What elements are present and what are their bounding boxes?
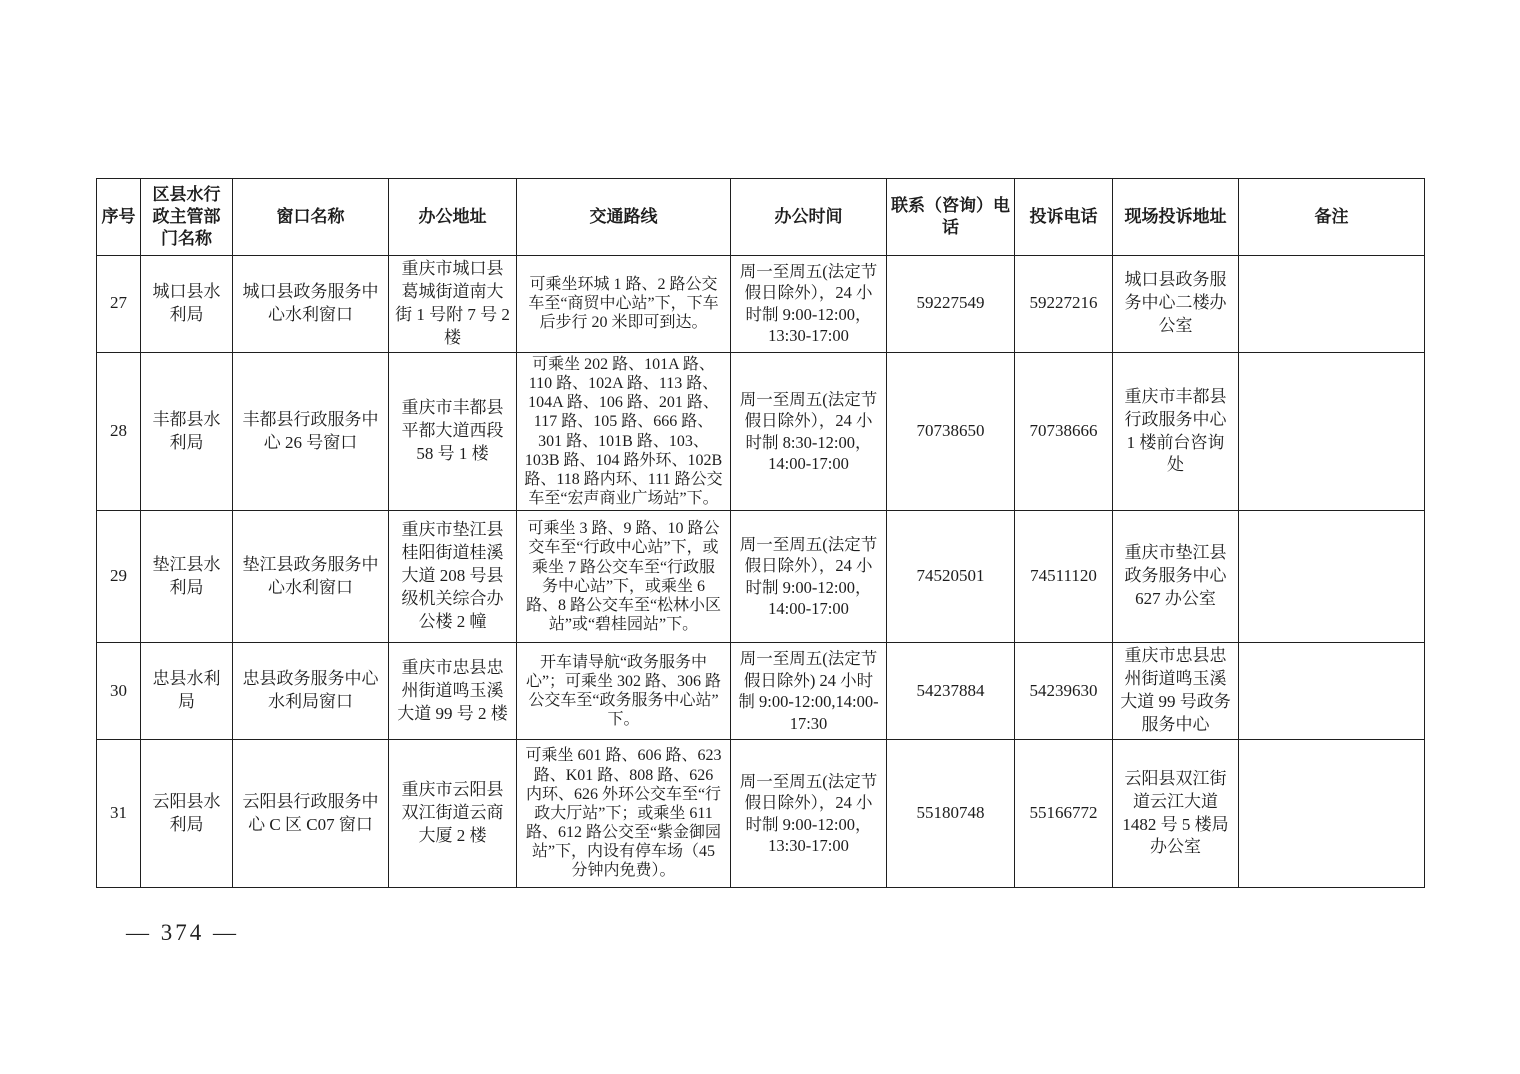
cell-phone: 70738650 [887, 352, 1015, 511]
cell-hours: 周一至周五(法定节假日除外），24 小时制 9:00-12:00，13:30-1… [731, 740, 887, 888]
cell-complaint-phone: 55166772 [1015, 740, 1113, 888]
cell-no: 27 [97, 256, 141, 353]
cell-complaint-phone: 70738666 [1015, 352, 1113, 511]
col-header-remark: 备注 [1239, 179, 1425, 256]
col-header-route: 交通路线 [517, 179, 731, 256]
col-header-address: 办公地址 [389, 179, 517, 256]
cell-remark [1239, 256, 1425, 353]
cell-hours: 周一至周五(法定节假日除外），24 小时制 9:00-12:00，14:00-1… [731, 511, 887, 643]
table-row: 29 垫江县水利局 垫江县政务服务中心水利窗口 重庆市垫江县桂阳街道桂溪大道 2… [97, 511, 1425, 643]
cell-hours: 周一至周五(法定节假日除外），24 小时制 9:00-12:00，13:30-1… [731, 256, 887, 353]
cell-department: 垫江县水利局 [141, 511, 233, 643]
cell-complaint-address: 重庆市忠县忠州街道鸣玉溪大道 99 号政务服务中心 [1113, 643, 1239, 740]
cell-address: 重庆市丰都县平都大道西段 58 号 1 楼 [389, 352, 517, 511]
cell-no: 31 [97, 740, 141, 888]
cell-no: 29 [97, 511, 141, 643]
cell-hours: 周一至周五(法定节假日除外），24 小时制 8:30-12:00，14:00-1… [731, 352, 887, 511]
col-header-complaint-address: 现场投诉地址 [1113, 179, 1239, 256]
cell-hours: 周一至周五(法定节假日除外) 24 小时制 9:00-12:00,14:00-1… [731, 643, 887, 740]
col-header-phone: 联系（咨询）电话 [887, 179, 1015, 256]
cell-window: 丰都县行政服务中心 26 号窗口 [233, 352, 389, 511]
cell-remark [1239, 511, 1425, 643]
cell-complaint-address: 云阳县双江街道云江大道 1482 号 5 楼局办公室 [1113, 740, 1239, 888]
cell-address: 重庆市忠县忠州街道鸣玉溪大道 99 号 2 楼 [389, 643, 517, 740]
service-window-table: 序号 区县水行政主管部门名称 窗口名称 办公地址 交通路线 办公时间 联系（咨询… [96, 178, 1425, 888]
cell-remark [1239, 740, 1425, 888]
cell-address: 重庆市云阳县双江街道云商大厦 2 楼 [389, 740, 517, 888]
table-body: 27 城口县水利局 城口县政务服务中心水利窗口 重庆市城口县葛城街道南大街 1 … [97, 256, 1425, 888]
cell-window: 忠县政务服务中心水利局窗口 [233, 643, 389, 740]
cell-complaint-phone: 74511120 [1015, 511, 1113, 643]
cell-phone: 59227549 [887, 256, 1015, 353]
table-row: 31 云阳县水利局 云阳县行政服务中心 C 区 C07 窗口 重庆市云阳县双江街… [97, 740, 1425, 888]
cell-window: 垫江县政务服务中心水利窗口 [233, 511, 389, 643]
cell-remark [1239, 643, 1425, 740]
cell-address: 重庆市垫江县桂阳街道桂溪大道 208 号县级机关综合办公楼 2 幢 [389, 511, 517, 643]
cell-no: 28 [97, 352, 141, 511]
cell-department: 云阳县水利局 [141, 740, 233, 888]
cell-complaint-address: 重庆市垫江县政务服务中心 627 办公室 [1113, 511, 1239, 643]
cell-route: 可乘坐 601 路、606 路、623 路、K01 路、808 路、626 内环… [517, 740, 731, 888]
col-header-department: 区县水行政主管部门名称 [141, 179, 233, 256]
cell-window: 城口县政务服务中心水利窗口 [233, 256, 389, 353]
cell-route: 开车请导航“政务服务中心”；可乘坐 302 路、306 路公交车至“政务服务中心… [517, 643, 731, 740]
cell-department: 丰都县水利局 [141, 352, 233, 511]
table-header: 序号 区县水行政主管部门名称 窗口名称 办公地址 交通路线 办公时间 联系（咨询… [97, 179, 1425, 256]
page-number: — 374 — [126, 920, 239, 946]
cell-department: 城口县水利局 [141, 256, 233, 353]
cell-department: 忠县水利局 [141, 643, 233, 740]
cell-complaint-address: 城口县政务服务中心二楼办公室 [1113, 256, 1239, 353]
cell-no: 30 [97, 643, 141, 740]
cell-route: 可乘坐 202 路、101A 路、110 路、102A 路、113 路、104A… [517, 352, 731, 511]
cell-route: 可乘坐环城 1 路、2 路公交车至“商贸中心站”下，下车后步行 20 米即可到达… [517, 256, 731, 353]
table-row: 30 忠县水利局 忠县政务服务中心水利局窗口 重庆市忠县忠州街道鸣玉溪大道 99… [97, 643, 1425, 740]
cell-route: 可乘坐 3 路、9 路、10 路公交车至“行政中心站”下，或乘坐 7 路公交车至… [517, 511, 731, 643]
cell-phone: 74520501 [887, 511, 1015, 643]
table-row: 27 城口县水利局 城口县政务服务中心水利窗口 重庆市城口县葛城街道南大街 1 … [97, 256, 1425, 353]
document-page: 序号 区县水行政主管部门名称 窗口名称 办公地址 交通路线 办公时间 联系（咨询… [0, 0, 1520, 1074]
cell-remark [1239, 352, 1425, 511]
cell-complaint-phone: 54239630 [1015, 643, 1113, 740]
header-row: 序号 区县水行政主管部门名称 窗口名称 办公地址 交通路线 办公时间 联系（咨询… [97, 179, 1425, 256]
col-header-complaint-phone: 投诉电话 [1015, 179, 1113, 256]
table-row: 28 丰都县水利局 丰都县行政服务中心 26 号窗口 重庆市丰都县平都大道西段 … [97, 352, 1425, 511]
col-header-window: 窗口名称 [233, 179, 389, 256]
cell-complaint-phone: 59227216 [1015, 256, 1113, 353]
col-header-hours: 办公时间 [731, 179, 887, 256]
cell-phone: 54237884 [887, 643, 1015, 740]
col-header-no: 序号 [97, 179, 141, 256]
cell-address: 重庆市城口县葛城街道南大街 1 号附 7 号 2 楼 [389, 256, 517, 353]
cell-phone: 55180748 [887, 740, 1015, 888]
cell-window: 云阳县行政服务中心 C 区 C07 窗口 [233, 740, 389, 888]
cell-complaint-address: 重庆市丰都县行政服务中心 1 楼前台咨询处 [1113, 352, 1239, 511]
